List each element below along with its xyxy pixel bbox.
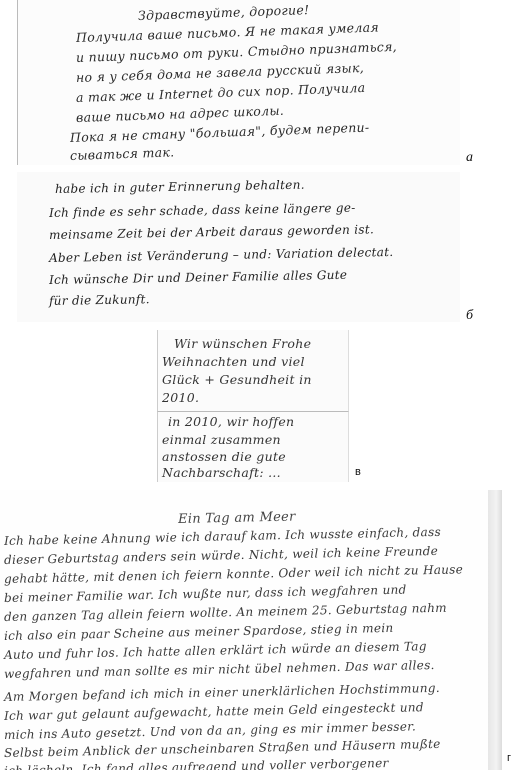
handwritten-line: ich also ein paar Scheine aus meiner Spa… [4,621,394,643]
essay-title: Ein Tag am Meer [178,510,296,527]
handwritten-line: einmal zusammen [162,432,281,447]
russian-letter-panel: Здравствуйте, дорогие! Получила ваше пис… [17,0,460,165]
handwritten-line: Aber Leben ist Veränderung – und: Variat… [49,245,394,265]
handwritten-line: wegfahren und man sollte es mir nicht üb… [4,658,435,681]
greeting-card-bottom: in 2010, wir hoffen einmal zusammen anst… [157,412,349,482]
panel-label-v: в [355,466,361,478]
panel-label-b: б [466,308,473,324]
handwritten-line: Glück + Gesundheit in [162,372,312,387]
german-essay-panel: Ein Tag am Meer Ich habe keine Ahnung wi… [0,490,497,770]
panel-label-g: г [507,752,511,764]
handwritten-line: meinsame Zeit bei der Arbeit daraus gewo… [49,222,374,242]
handwritten-line: 2010. [162,390,199,405]
handwritten-line: habe ich in guter Erinnerung behalten. [55,178,305,196]
greeting-card-top: Wir wünschen Frohe Weihnachten und viel … [157,330,349,412]
german-letter-panel: habe ich in guter Erinnerung behalten. I… [17,172,460,322]
handwritten-line: сываться так. [70,144,175,163]
handwritten-line: а так же и Internet до сих пор. Получила [76,80,366,105]
panel-label-a: а [466,150,473,166]
handwritten-line: in 2010, wir hoffen [168,414,294,429]
handwritten-line: Ich finde es sehr schade, dass keine län… [49,201,356,220]
handwritten-line: Weihnachten und viel [162,354,305,369]
handwritten-line: Здравствуйте, дорогие! [138,2,310,23]
page-edge-strip [488,490,502,770]
handwritten-line: ваше письмо на адрес школы. [76,103,285,125]
handwritten-line: anstossen die gute [162,449,286,464]
handwritten-line: Nachbarschaft: ... [162,465,281,480]
handwritten-line: Wir wünschen Frohe [174,336,311,351]
handwritten-line: Ich wünsche Dir und Deiner Familie alles… [49,268,347,287]
handwritten-line: für die Zukunft. [49,292,150,308]
handwritten-line: bei meiner Familie war. Ich wußte nur, d… [4,583,407,605]
